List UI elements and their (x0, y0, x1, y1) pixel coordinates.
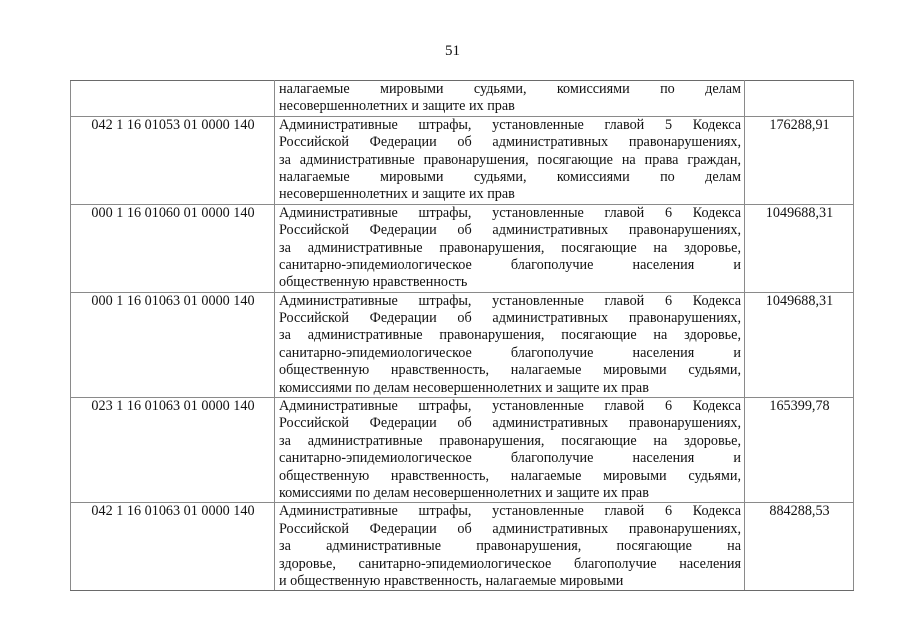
description-line: Административные штрафы, установленные г… (279, 205, 741, 222)
budget-code-cell: 000 1 16 01063 01 0000 140 (71, 292, 275, 397)
budget-code-cell: 000 1 16 01060 01 0000 140 (71, 204, 275, 292)
description-line: общественную нравственность, налагаемые … (279, 468, 741, 485)
description-line: Административные штрафы, установленные г… (279, 398, 741, 415)
amount-cell: 176288,91 (745, 116, 854, 204)
description-line: несовершеннолетних и защите их прав (279, 186, 741, 203)
amount-cell (745, 81, 854, 117)
description-line: общественную нравственность, налагаемые … (279, 362, 741, 379)
description-cell: Административные штрафы, установленные г… (275, 292, 745, 397)
table-body: налагаемые мировыми судьями, комиссиями … (71, 81, 854, 591)
description-line: санитарно-эпидемиологическое благополучи… (279, 257, 741, 274)
amount-cell: 165399,78 (745, 398, 854, 503)
description-line: Административные штрафы, установленные г… (279, 503, 741, 520)
description-line: за административные правонарушения, пося… (279, 240, 741, 257)
description-cell: налагаемые мировыми судьями, комиссиями … (275, 81, 745, 117)
description-line: за административные правонарушения, пося… (279, 327, 741, 344)
table-row: 000 1 16 01063 01 0000 140Административн… (71, 292, 854, 397)
description-line: налагаемые мировыми судьями, комиссиями … (279, 81, 741, 98)
description-line: Российской Федерации об административных… (279, 310, 741, 327)
budget-code-cell: 042 1 16 01063 01 0000 140 (71, 503, 275, 591)
description-cell: Административные штрафы, установленные г… (275, 116, 745, 204)
table-row: 000 1 16 01060 01 0000 140Административн… (71, 204, 854, 292)
description-line: Российской Федерации об административных… (279, 415, 741, 432)
table-row: налагаемые мировыми судьями, комиссиями … (71, 81, 854, 117)
description-line: и общественную нравственность, налагаемы… (279, 573, 741, 590)
description-line: за административные правонарушения, пося… (279, 433, 741, 450)
description-cell: Административные штрафы, установленные г… (275, 204, 745, 292)
description-line: общественную нравственность (279, 274, 741, 291)
page-number: 51 (0, 42, 905, 60)
description-line: налагаемые мировыми судьями, комиссиями … (279, 169, 741, 186)
description-cell: Административные штрафы, установленные г… (275, 398, 745, 503)
description-line: комиссиями по делам несовершеннолетних и… (279, 485, 741, 502)
amount-cell: 884288,53 (745, 503, 854, 591)
amount-cell: 1049688,31 (745, 204, 854, 292)
description-line: комиссиями по делам несовершеннолетних и… (279, 380, 741, 397)
description-cell: Административные штрафы, установленные г… (275, 503, 745, 591)
description-line: Административные штрафы, установленные г… (279, 293, 741, 310)
budget-codes-table: налагаемые мировыми судьями, комиссиями … (70, 80, 854, 591)
description-line: здоровье, санитарно-эпидемиологическое б… (279, 556, 741, 573)
description-line: Российской Федерации об административных… (279, 521, 741, 538)
description-line: санитарно-эпидемиологическое благополучи… (279, 450, 741, 467)
description-line: за административные правонарушения, пося… (279, 152, 741, 169)
description-line: за административные правонарушения, пося… (279, 538, 741, 555)
budget-code-cell (71, 81, 275, 117)
table-row: 023 1 16 01063 01 0000 140Административн… (71, 398, 854, 503)
table-row: 042 1 16 01053 01 0000 140Административн… (71, 116, 854, 204)
budget-code-cell: 042 1 16 01053 01 0000 140 (71, 116, 275, 204)
description-line: несовершеннолетних и защите их прав (279, 98, 741, 115)
description-line: Российской Федерации об административных… (279, 222, 741, 239)
description-line: санитарно-эпидемиологическое благополучи… (279, 345, 741, 362)
description-line: Административные штрафы, установленные г… (279, 117, 741, 134)
description-line: Российской Федерации об административных… (279, 134, 741, 151)
budget-code-cell: 023 1 16 01063 01 0000 140 (71, 398, 275, 503)
amount-cell: 1049688,31 (745, 292, 854, 397)
table-row: 042 1 16 01063 01 0000 140Административн… (71, 503, 854, 591)
